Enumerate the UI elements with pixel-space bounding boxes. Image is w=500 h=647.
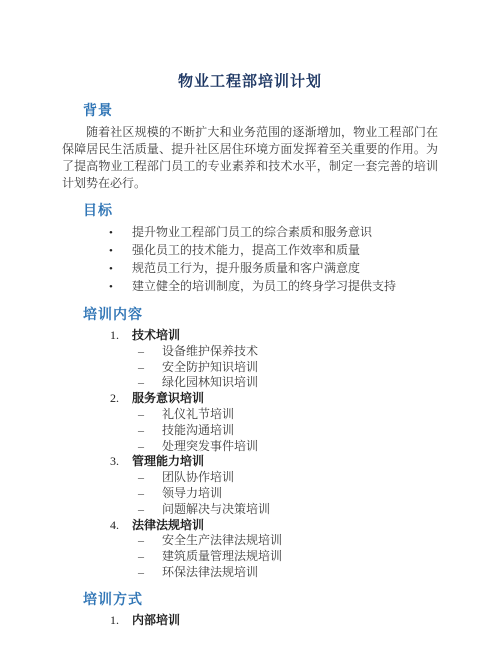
dash-icon: – xyxy=(138,470,162,486)
sub-item-text: 安全生产法律法规培训 xyxy=(162,533,282,547)
item-label: 管理能力培训 xyxy=(132,454,204,468)
sub-item-text: 环保法律法规培训 xyxy=(162,565,258,579)
dash-icon: – xyxy=(138,502,162,518)
item-number: 3. xyxy=(110,454,132,470)
sub-item-text: 问题解决与决策培训 xyxy=(162,502,270,516)
content-list: 1.技术培训 –设备维护保养技术 –安全防护知识培训 –绿化园林知识培训 2.服… xyxy=(62,328,438,581)
dash-icon: – xyxy=(138,439,162,455)
goal-text: 规范员工行为，提升服务质量和客户满意度 xyxy=(132,261,360,275)
dash-icon: – xyxy=(138,344,162,360)
content-sub-item: –绿化园林知识培训 xyxy=(62,375,438,391)
dash-icon: – xyxy=(138,375,162,391)
item-number: 1. xyxy=(110,328,132,344)
content-item: 4.法律法规培训 xyxy=(62,518,438,534)
content-item: 2.服务意识培训 xyxy=(62,391,438,407)
dash-icon: – xyxy=(138,486,162,502)
bullet-icon: • xyxy=(109,279,132,296)
method-item: 1.内部培训 xyxy=(62,613,438,629)
goal-item: •建立健全的培训制度，为员工的终身学习提供支持 xyxy=(62,278,438,296)
goal-text: 强化员工的技术能力，提高工作效率和质量 xyxy=(132,243,360,257)
goal-item: •规范员工行为，提升服务质量和客户满意度 xyxy=(62,260,438,278)
item-number: 4. xyxy=(110,518,132,534)
item-label: 服务意识培训 xyxy=(132,391,204,405)
content-sub-item: –团队协作培训 xyxy=(62,470,438,486)
goals-list: •提升物业工程部门员工的综合素质和服务意识 •强化员工的技术能力，提高工作效率和… xyxy=(62,224,438,296)
heading-goals: 目标 xyxy=(62,201,438,219)
method-list: 1.内部培训 xyxy=(62,613,438,629)
dash-icon: – xyxy=(138,360,162,376)
background-paragraph: 随着社区规模的不断扩大和业务范围的逐渐增加，物业工程部门在保障居民生活质量、提升… xyxy=(62,124,438,192)
sub-item-text: 建筑质量管理法规培训 xyxy=(162,549,282,563)
item-label: 内部培训 xyxy=(132,613,180,627)
item-label: 法律法规培训 xyxy=(132,518,204,532)
goal-text: 建立健全的培训制度，为员工的终身学习提供支持 xyxy=(132,279,396,293)
sub-item-text: 技能沟通培训 xyxy=(162,423,234,437)
content-sub-item: –安全防护知识培训 xyxy=(62,360,438,376)
goal-item: •强化员工的技术能力，提高工作效率和质量 xyxy=(62,242,438,260)
document-title: 物业工程部培训计划 xyxy=(62,72,438,92)
dash-icon: – xyxy=(138,533,162,549)
sub-item-text: 绿化园林知识培训 xyxy=(162,375,258,389)
bullet-icon: • xyxy=(109,243,132,260)
item-number: 2. xyxy=(110,391,132,407)
heading-background: 背景 xyxy=(62,101,438,119)
content-sub-item: –礼仪礼节培训 xyxy=(62,407,438,423)
item-label: 技术培训 xyxy=(132,328,180,342)
dash-icon: – xyxy=(138,407,162,423)
sub-item-text: 礼仪礼节培训 xyxy=(162,407,234,421)
content-sub-item: –问题解决与决策培训 xyxy=(62,502,438,518)
content-sub-item: –技能沟通培训 xyxy=(62,423,438,439)
content-item: 1.技术培训 xyxy=(62,328,438,344)
content-item: 3.管理能力培训 xyxy=(62,454,438,470)
content-sub-item: –建筑质量管理法规培训 xyxy=(62,549,438,565)
heading-content: 培训内容 xyxy=(62,305,438,323)
sub-item-text: 安全防护知识培训 xyxy=(162,360,258,374)
dash-icon: – xyxy=(138,423,162,439)
bullet-icon: • xyxy=(109,225,132,242)
content-sub-item: –环保法律法规培训 xyxy=(62,565,438,581)
sub-item-text: 设备维护保养技术 xyxy=(162,344,258,358)
content-sub-item: –处理突发事件培训 xyxy=(62,439,438,455)
content-sub-item: –安全生产法律法规培训 xyxy=(62,533,438,549)
sub-item-text: 领导力培训 xyxy=(162,486,222,500)
heading-method: 培训方式 xyxy=(62,590,438,608)
document-page: 物业工程部培训计划 背景 随着社区规模的不断扩大和业务范围的逐渐增加，物业工程部… xyxy=(0,0,500,647)
item-number: 1. xyxy=(110,613,132,629)
goal-text: 提升物业工程部门员工的综合素质和服务意识 xyxy=(132,225,372,239)
sub-item-text: 处理突发事件培训 xyxy=(162,439,258,453)
content-sub-item: –设备维护保养技术 xyxy=(62,344,438,360)
content-sub-item: –领导力培训 xyxy=(62,486,438,502)
dash-icon: – xyxy=(138,549,162,565)
bullet-icon: • xyxy=(109,261,132,278)
goal-item: •提升物业工程部门员工的综合素质和服务意识 xyxy=(62,224,438,242)
sub-item-text: 团队协作培训 xyxy=(162,470,234,484)
dash-icon: – xyxy=(138,565,162,581)
